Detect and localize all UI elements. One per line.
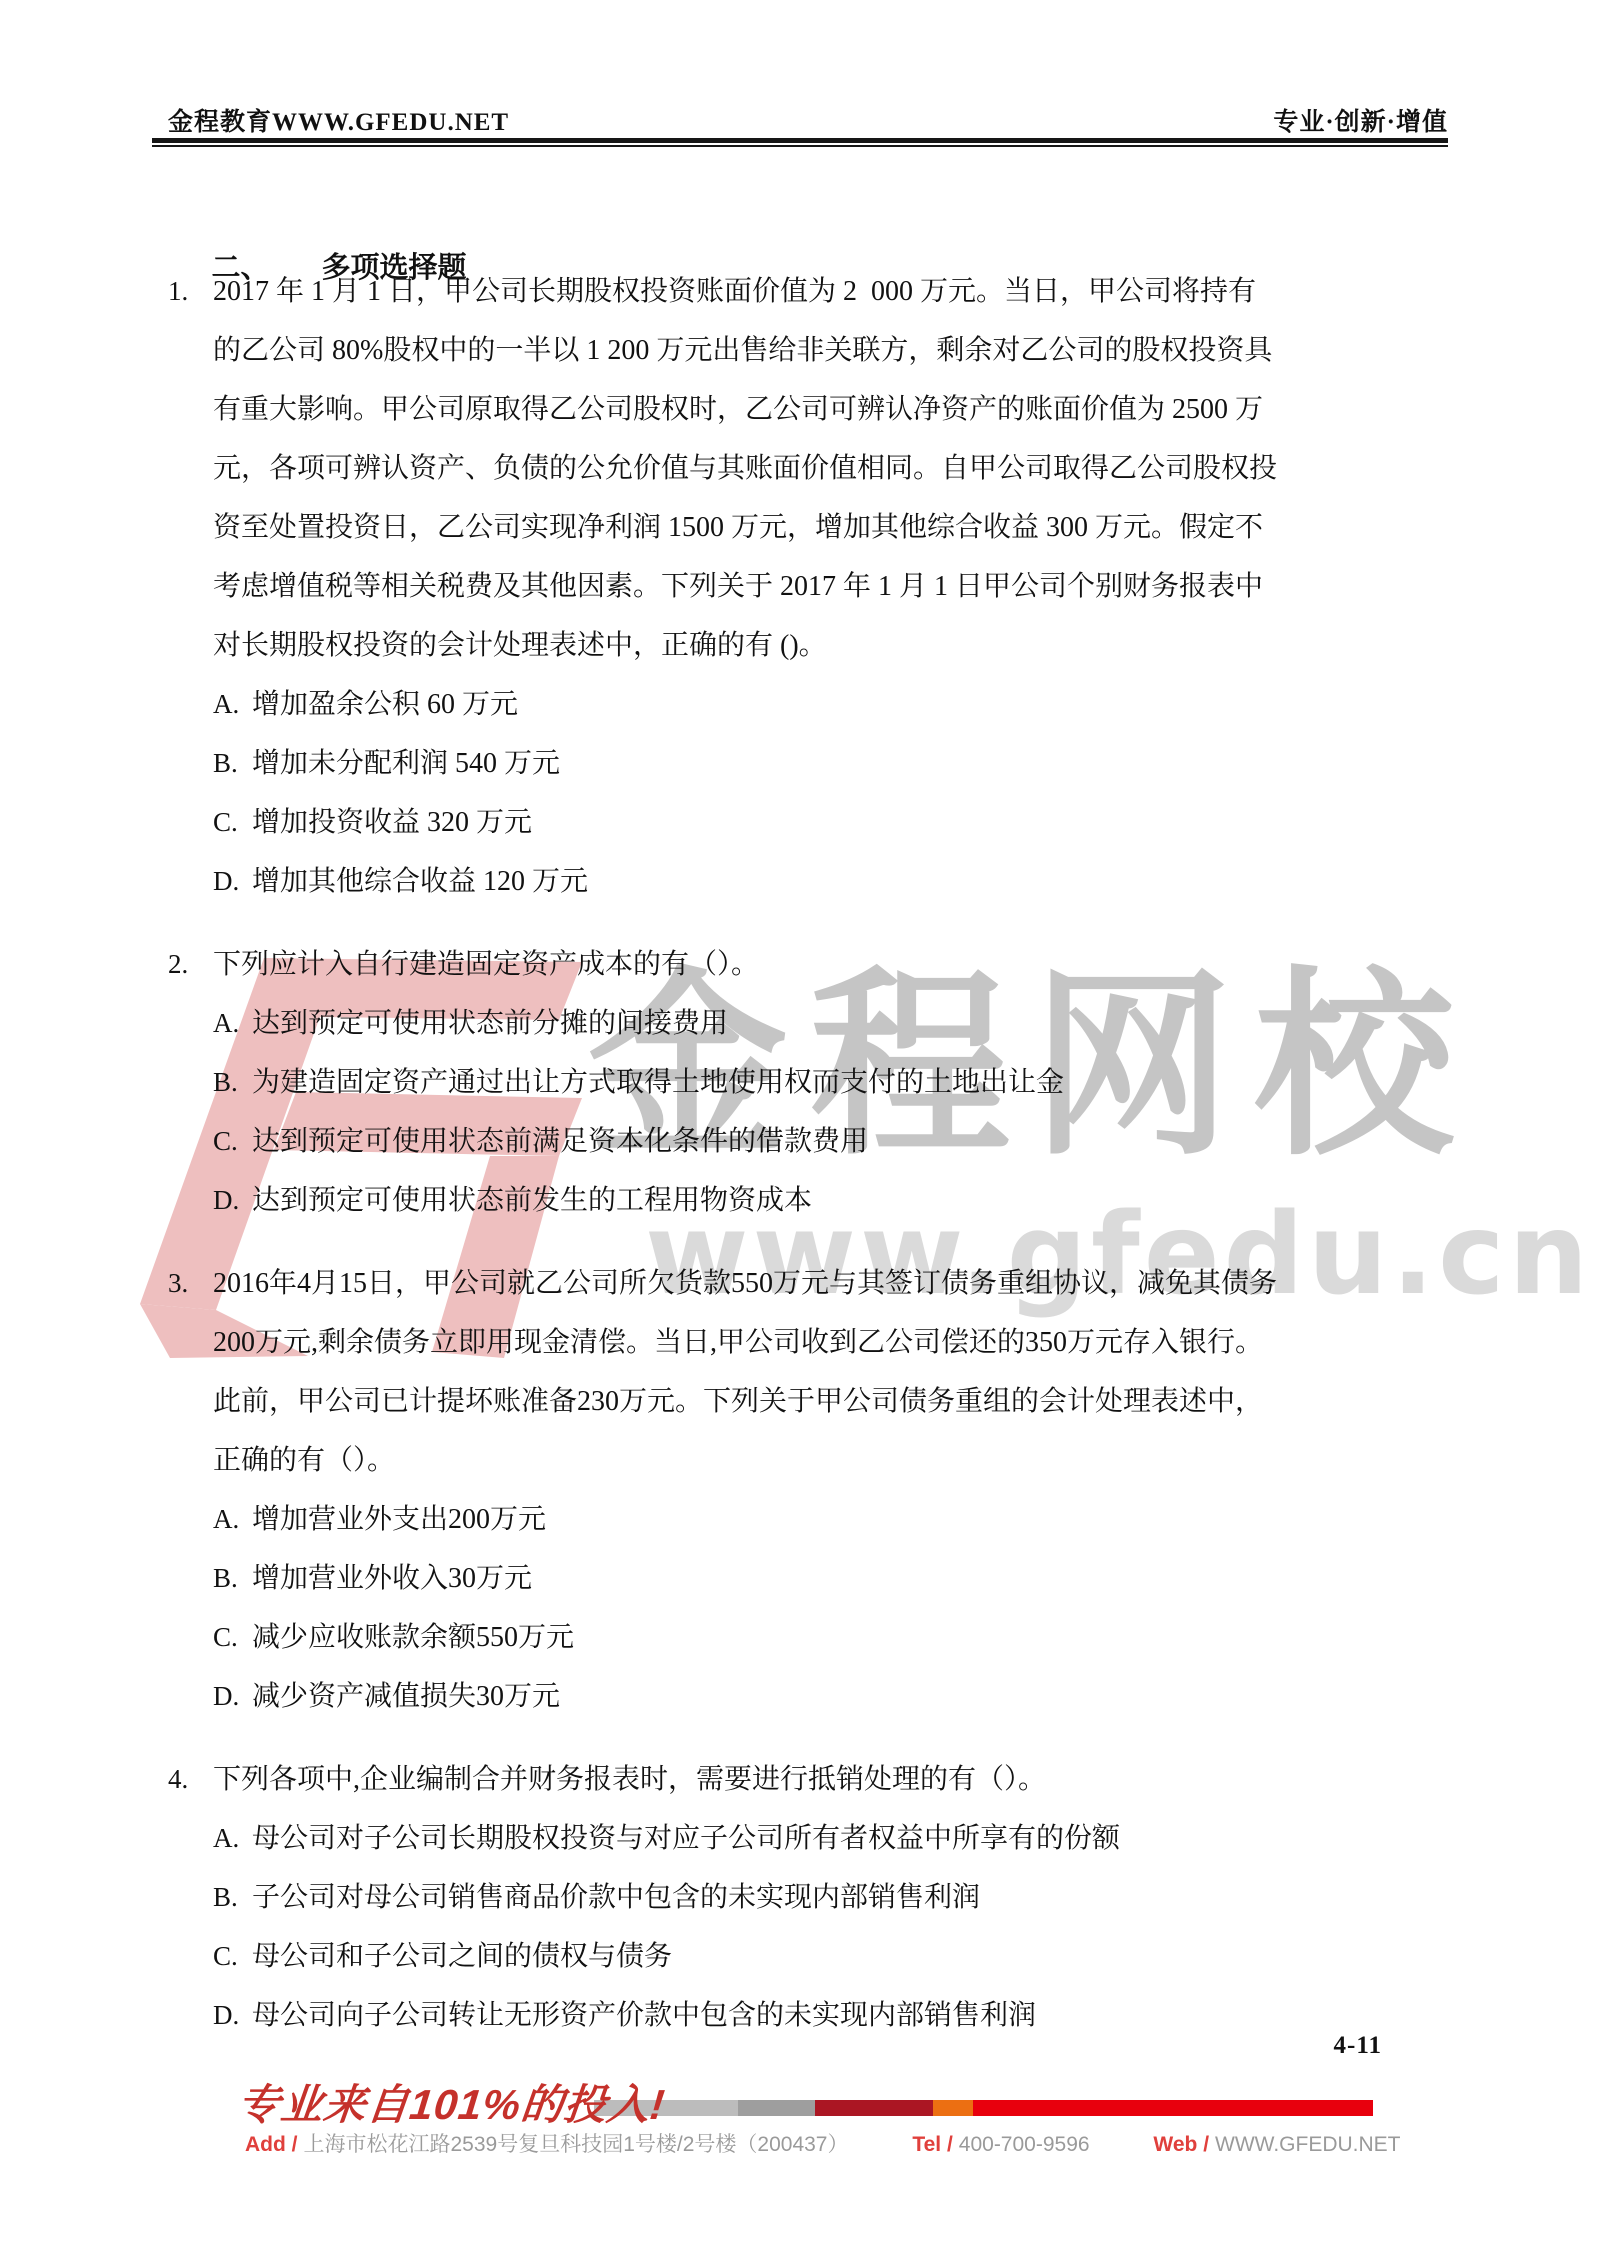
- option-text: 母公司对子公司长期股权投资与对应子公司所有者权益中所享有的份额: [252, 1823, 1120, 1854]
- stem-line: 200万元,剩余债务立即用现金清偿。当日,甲公司收到乙公司偿还的350万元存入银…: [213, 1313, 1440, 1372]
- option-d: D.增加其他综合收益 120 万元: [213, 852, 1440, 911]
- option-text: 达到预定可使用状态前满足资本化条件的借款费用: [252, 1126, 868, 1157]
- option-d: D.母公司向子公司转让无形资产价款中包含的未实现内部销售利润: [213, 1986, 1440, 2045]
- divider-thin-line: [152, 145, 1448, 147]
- stem-line: 2016年4月15日，甲公司就乙公司所欠货款550万元与其签订债务重组协议，减免…: [213, 1254, 1440, 1313]
- section-heading: 二、多项选择题: [168, 205, 1440, 262]
- bar-segment-orange: [933, 2100, 973, 2116]
- questions-section: 二、多项选择题 1. 2017 年 1 月 1 日，甲公司长期股权投资账面价值为…: [168, 205, 1440, 2069]
- option-text: 减少应收账款余额550万元: [252, 1622, 574, 1653]
- option-text: 母公司向子公司转让无形资产价款中包含的未实现内部销售利润: [252, 2000, 1036, 2031]
- option-text: 为建造固定资产通过出让方式取得土地使用权而支付的土地出让金: [252, 1067, 1064, 1098]
- question-1: 1. 2017 年 1 月 1 日，甲公司长期股权投资账面价值为 2 000 万…: [168, 262, 1440, 911]
- header-divider: [152, 138, 1448, 147]
- header-motto: 专业·创新·增值: [1273, 102, 1448, 138]
- option-label: B.: [213, 1549, 252, 1608]
- tel-label: Tel /: [912, 2133, 952, 2156]
- web-label: Web /: [1153, 2133, 1209, 2156]
- footer-address: Add /上海市松花江路2539号复旦科技园1号楼/2号楼（200437）: [245, 2133, 848, 2156]
- question-number: 1.: [168, 262, 210, 321]
- web-value: WWW.GFEDU.NET: [1215, 2133, 1400, 2156]
- option-b: B.增加未分配利润 540 万元: [213, 734, 1440, 793]
- option-label: B.: [213, 734, 252, 793]
- option-label: C.: [213, 1608, 252, 1667]
- question-number: 3.: [168, 1254, 210, 1313]
- option-text: 增加营业外支出200万元: [252, 1504, 546, 1535]
- option-label: C.: [213, 1112, 252, 1171]
- stem-line: 资至处置投资日，乙公司实现净利润 1500 万元，增加其他综合收益 300 万元…: [213, 498, 1440, 557]
- bar-segment-red: [973, 2100, 1373, 2116]
- footer-contact-info: Add /上海市松花江路2539号复旦科技园1号楼/2号楼（200437） Te…: [245, 2128, 1459, 2158]
- option-label: B.: [213, 1053, 252, 1112]
- option-text: 减少资产减值损失30万元: [252, 1681, 560, 1712]
- page-header: 金程教育WWW.GFEDU.NET 专业·创新·增值: [168, 102, 1448, 138]
- option-text: 增加盈余公积 60 万元: [252, 689, 518, 720]
- address-label: Add /: [245, 2133, 298, 2156]
- bar-segment-gray: [738, 2100, 815, 2116]
- option-label: A.: [213, 675, 252, 734]
- stem-line: 下列应计入自行建造固定资产成本的有（）。: [213, 935, 1440, 994]
- stem-line: 的乙公司 80%股权中的一半以 1 200 万元出售给非关联方，剩余对乙公司的股…: [213, 321, 1440, 380]
- footer-web: Web /WWW.GFEDU.NET: [1153, 2133, 1400, 2156]
- option-d: D.达到预定可使用状态前发生的工程用物资成本: [213, 1171, 1440, 1230]
- option-text: 达到预定可使用状态前发生的工程用物资成本: [252, 1185, 812, 1216]
- option-label: D.: [213, 1667, 252, 1726]
- header-brand: 金程教育WWW.GFEDU.NET: [168, 102, 509, 138]
- option-text: 增加营业外收入30万元: [252, 1563, 532, 1594]
- footer-slogan: 专业来自101%的投入!: [235, 2072, 669, 2132]
- option-c: C.增加投资收益 320 万元: [213, 793, 1440, 852]
- option-text: 增加未分配利润 540 万元: [252, 748, 560, 779]
- stem-line: 有重大影响。甲公司原取得乙公司股权时，乙公司可辨认净资产的账面价值为 2500 …: [213, 380, 1440, 439]
- option-c: C.达到预定可使用状态前满足资本化条件的借款费用: [213, 1112, 1440, 1171]
- option-c: C.减少应收账款余额550万元: [213, 1608, 1440, 1667]
- option-text: 达到预定可使用状态前分摊的间接费用: [252, 1008, 728, 1039]
- option-b: B.子公司对母公司销售商品价款中包含的未实现内部销售利润: [213, 1868, 1440, 1927]
- option-a: A.达到预定可使用状态前分摊的间接费用: [213, 994, 1440, 1053]
- question-number: 2.: [168, 935, 210, 994]
- document-page: 金程网校 www.gfedu.cn 金程教育WWW.GFEDU.NET 专业·创…: [0, 0, 1600, 2263]
- option-text: 子公司对母公司销售商品价款中包含的未实现内部销售利润: [252, 1882, 980, 1913]
- option-label: D.: [213, 852, 252, 911]
- option-label: D.: [213, 1171, 252, 1230]
- stem-line: 对长期股权投资的会计处理表述中，正确的有 ()。: [213, 616, 1440, 675]
- stem-line: 正确的有（）。: [213, 1431, 1440, 1490]
- option-text: 增加投资收益 320 万元: [252, 807, 532, 838]
- footer-tel: Tel /400-700-9596: [912, 2133, 1089, 2156]
- footer-color-bar: [594, 2100, 1373, 2116]
- option-label: A.: [213, 1490, 252, 1549]
- stem-line: 元，各项可辨认资产、负债的公允价值与其账面价值相同。自甲公司取得乙公司股权投: [213, 439, 1440, 498]
- stem-line: 2017 年 1 月 1 日，甲公司长期股权投资账面价值为 2 000 万元。当…: [213, 262, 1440, 321]
- option-label: D.: [213, 1986, 252, 2045]
- stem-line: 考虑增值税等相关税费及其他因素。下列关于 2017 年 1 月 1 日甲公司个别…: [213, 557, 1440, 616]
- question-4: 4. 下列各项中,企业编制合并财务报表时，需要进行抵销处理的有（）。 A.母公司…: [168, 1750, 1440, 2045]
- option-label: A.: [213, 994, 252, 1053]
- option-a: A.母公司对子公司长期股权投资与对应子公司所有者权益中所享有的份额: [213, 1809, 1440, 1868]
- question-3: 3. 2016年4月15日，甲公司就乙公司所欠货款550万元与其签订债务重组协议…: [168, 1254, 1440, 1726]
- option-d: D.减少资产减值损失30万元: [213, 1667, 1440, 1726]
- option-label: C.: [213, 793, 252, 852]
- question-number: 4.: [168, 1750, 210, 1809]
- option-label: B.: [213, 1868, 252, 1927]
- option-text: 母公司和子公司之间的债权与债务: [252, 1941, 672, 1972]
- stem-line: 此前，甲公司已计提坏账准备230万元。下列关于甲公司债务重组的会计处理表述中，: [213, 1372, 1440, 1431]
- option-b: B.为建造固定资产通过出让方式取得土地使用权而支付的土地出让金: [213, 1053, 1440, 1112]
- option-b: B.增加营业外收入30万元: [213, 1549, 1440, 1608]
- option-a: A.增加营业外支出200万元: [213, 1490, 1440, 1549]
- page-number: 4-11: [1334, 2032, 1382, 2060]
- option-text: 增加其他综合收益 120 万元: [252, 866, 588, 897]
- option-c: C.母公司和子公司之间的债权与债务: [213, 1927, 1440, 1986]
- option-label: C.: [213, 1927, 252, 1986]
- option-a: A.增加盈余公积 60 万元: [213, 675, 1440, 734]
- tel-value: 400-700-9596: [959, 2133, 1090, 2156]
- stem-line: 下列各项中,企业编制合并财务报表时，需要进行抵销处理的有（）。: [213, 1750, 1440, 1809]
- address-value: 上海市松花江路2539号复旦科技园1号楼/2号楼（200437）: [304, 2133, 849, 2156]
- bar-segment-darkred: [815, 2100, 933, 2116]
- divider-thick-line: [152, 138, 1448, 143]
- option-label: A.: [213, 1809, 252, 1868]
- question-2: 2. 下列应计入自行建造固定资产成本的有（）。 A.达到预定可使用状态前分摊的间…: [168, 935, 1440, 1230]
